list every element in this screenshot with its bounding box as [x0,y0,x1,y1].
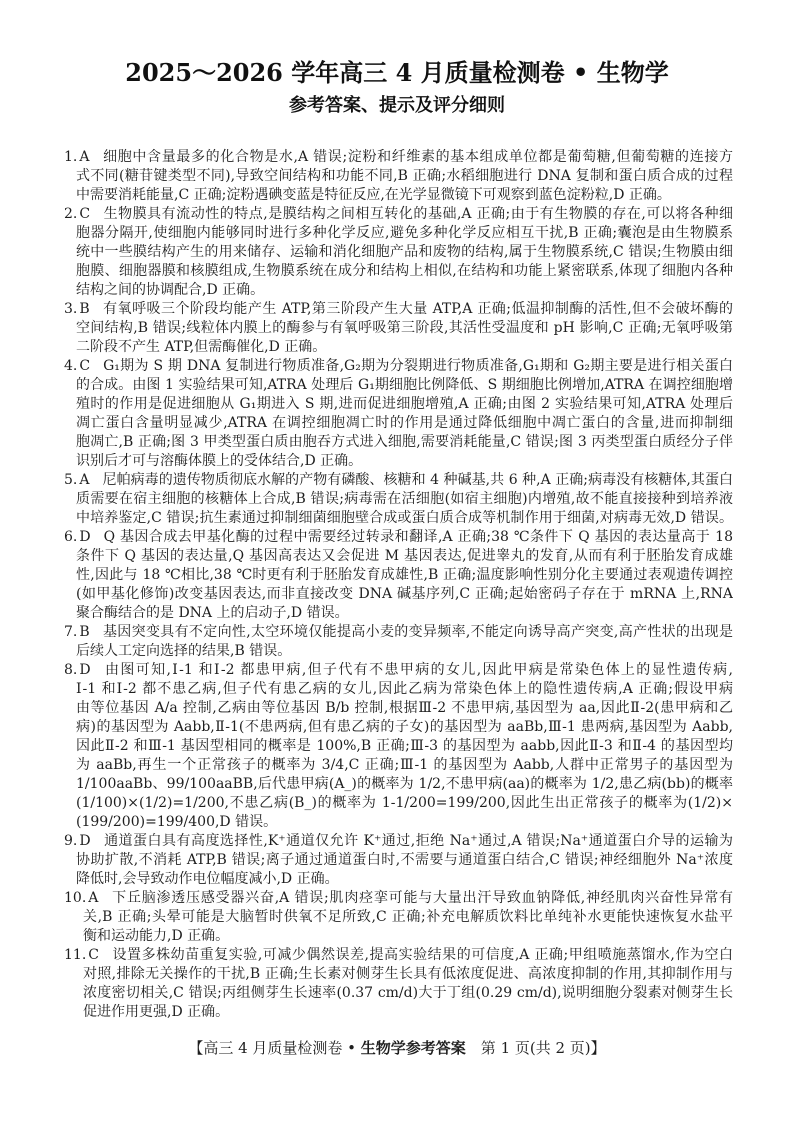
answer-line: (1/100)×(1/2)=1/200,不患乙病(B_)的概率为 1-1/200… [76,794,733,813]
question-number: 2. [64,206,77,222]
answer-choice: A [79,472,89,488]
answer-item-8: 8.D由图可知,Ⅰ-1 和Ⅰ-2 都患甲病,但子代有不患甲病的女儿,因此甲病是常… [64,661,733,832]
answer-line: 后续人工定向选择的结果,B 错误。 [76,642,733,661]
answer-line: 1.A细胞中含量最多的化合物是水,A 错误;淀粉和纤维素的基本组成单位都是葡萄糖… [64,148,733,167]
explanation-text: 尼帕病毒的遗传物质彻底水解的产物有磷酸、核糖和 4 种碱基,共 6 种,A 正确… [102,472,733,488]
answer-line: 胞凋亡,B 正确;图 3 甲类型蛋白质由胞吞方式进入细胞,需要消耗能量,C 错误… [76,433,733,452]
question-number: 8. [64,662,77,678]
answer-line: 降低时,会导致动作电位幅度减小,D 正确。 [76,870,733,889]
explanation-text: 由图可知,Ⅰ-1 和Ⅰ-2 都患甲病,但子代有不患甲病的女儿,因此甲病是常染色体… [104,662,733,678]
answer-line: 为 aaBb,再生一个正常孩子的概率为 3/4,C 正确;Ⅲ-1 的基因型为 A… [76,756,733,775]
question-number: 6. [64,529,77,545]
answer-choice: A [79,149,89,165]
answer-line: 中培养鉴定,C 错误;抗生素通过抑制细菌细胞壁合成或蛋白质合成等机制作用于细菌,… [76,509,733,528]
answer-line: 5.A尼帕病毒的遗传物质彻底水解的产物有磷酸、核糖和 4 种碱基,共 6 种,A… [64,471,733,490]
answer-line: 殖时的作用是促进细胞从 G₁期进入 S 期,进而促进细胞增殖,A 正确;由图 2… [76,395,733,414]
answer-line: 衡和运动能力,D 正确。 [83,927,733,946]
answer-item-4: 4.CG₁期为 S 期 DNA 复制进行物质准备,G₂期为分裂期进行物质准备,G… [64,357,733,471]
explanation-text: 设置多株幼苗重复实验,可减少偶然误差,提高实验结果的可信度,A 正确;甲组喷施蒸… [112,947,733,963]
answer-line: 条件下 Q 基因的表达量,Q 基因高表达又会促进 M 基因表达,促进睾丸的发育,… [76,547,733,566]
answer-line: 1/100aaBb、99/100aaBB,后代患甲病(A_)的概率为 1/2,不… [76,775,733,794]
answer-line: 4.CG₁期为 S 期 DNA 复制进行物质准备,G₂期为分裂期进行物质准备,G… [64,357,733,376]
answer-choice: C [79,358,90,374]
answer-item-11: 11.C设置多株幼苗重复实验,可减少偶然误差,提高实验结果的可信度,A 正确;甲… [64,946,733,1022]
answer-line: (199/200)=199/400,D 错误。 [76,813,733,832]
answer-line: 聚合酶结合的是 DNA 上的启动子,D 错误。 [76,604,733,623]
answer-line: 的合成。由图 1 实验结果可知,ATRA 处理后 G₁期细胞比例降低、S 期细胞… [76,376,733,395]
answer-line: 统中一些膜结构产生的用来储存、运输和消化细胞产品和废物的结构,属于生物膜系统,C… [76,243,733,262]
answer-choice: D [79,662,90,678]
answer-item-3: 3.B有氧呼吸三个阶段均能产生 ATP,第三阶段产生大量 ATP,A 正确;低温… [64,300,733,357]
explanation-text: 生物膜具有流动性的特点,是膜结构之间相互转化的基础,A 正确;由于有生物膜的存在… [103,206,733,222]
answer-line: 11.C设置多株幼苗重复实验,可减少偶然误差,提高实验结果的可信度,A 正确;甲… [64,946,733,965]
question-number: 5. [64,472,77,488]
explanation-text: 有氧呼吸三个阶段均能产生 ATP,第三阶段产生大量 ATP,A 正确;低温抑制酶… [103,301,733,317]
answer-choice: A [88,890,98,906]
answer-line: 二阶段不产生 ATP,但需酶催化,D 正确。 [76,338,733,357]
answer-line: 病)的基因型为 Aabb,Ⅱ-1(不患两病,但有患乙病的子女)的基因型为 aaB… [76,718,733,737]
answer-choice: B [79,301,89,317]
answer-line: 对照,排除无关操作的干扰,B 正确;生长素对侧芽生长具有低浓度促进、高浓度抑制的… [83,965,733,984]
answer-item-2: 2.C生物膜具有流动性的特点,是膜结构之间相互转化的基础,A 正确;由于有生物膜… [64,205,733,300]
explanation-text: 通道蛋白具有高度选择性,K⁺通道仅允许 K⁺通过,拒绝 Na⁺通过,A 错误;N… [104,833,733,849]
answer-item-7: 7.B基因突变具有不定向性,太空环境仅能提高小麦的变异频率,不能定向诱导高产突变… [64,623,733,661]
answer-item-5: 5.A尼帕病毒的遗传物质彻底水解的产物有磷酸、核糖和 4 种碱基,共 6 种,A… [64,471,733,528]
answer-line: 中需要消耗能量,C 正确;淀粉遇碘变蓝是特征反应,在光学显微镜下可观察到蓝色淀粉… [76,186,733,205]
question-number: 9. [64,833,77,849]
explanation-text: 细胞中含量最多的化合物是水,A 错误;淀粉和纤维素的基本组成单位都是葡萄糖,但葡… [102,149,733,165]
explanation-text: 基因突变具有不定向性,太空环境仅能提高小麦的变异频率,不能定向诱导高产突变,高产… [103,624,733,640]
explanation-text: 下丘脑渗透压感受器兴奋,A 错误;肌肉痉挛可能与大量出汗导致血钠降低,神经肌肉兴… [111,890,733,906]
answer-line: 浓度密切相关,C 错误;丙组侧芽生长速率(0.37 cm/d)大于丁组(0.29… [83,984,733,1003]
question-number: 11. [64,947,86,963]
answer-key-page: 2025～2026 学年高三 4 月质量检测卷 • 生物学 参考答案、提示及评分… [0,0,794,1123]
explanation-text: Q 基因合成去甲基化酶的过程中需要经过转录和翻译,A 正确;38 ℃条件下 Q … [64,529,733,547]
answer-line: 10.A下丘脑渗透压感受器兴奋,A 错误;肌肉痉挛可能与大量出汗导致血钠降低,神… [64,889,733,908]
answer-line: 胞器分隔开,使细胞内能够同时进行多种化学反应,避免多种化学反应相互干扰,B 正确… [76,224,733,243]
answer-choice: C [88,947,99,963]
answer-line: (如甲基化修饰)改变基因表达,而非直接改变 DNA 碱基序列,C 正确;起始密码… [76,585,733,604]
answer-line: 因此Ⅱ-2 和Ⅲ-1 基因型相同的概率是 100%,B 正确;Ⅲ-3 的基因型为… [76,737,733,756]
answer-line: 7.B基因突变具有不定向性,太空环境仅能提高小麦的变异频率,不能定向诱导高产突变… [64,623,733,642]
answer-line: 凋亡蛋白含量明显减少,ATRA 在调控细胞凋亡时的作用是通过降低细胞中凋亡蛋白的… [76,414,733,433]
answer-line: 关,B 正确;头晕可能是大脑暂时供氧不足所致,C 正确;补充电解质饮料比单纯补水… [83,908,733,927]
explanation-text: G₁期为 S 期 DNA 复制进行物质准备,G₂期为分裂期进行物质准备,G₁期和… [64,358,733,376]
answer-line: 识别后才可与溶酶体膜上的受体结合,D 正确。 [76,452,733,471]
answer-line: 协助扩散,不消耗 ATP,B 错误;离子通过通道蛋白时,不需要与通道蛋白结合,C… [76,851,733,870]
answer-line: 胞膜、细胞器膜和核膜组成,生物膜系统在成分和结构上相似,在结构和功能上紧密联系,… [76,262,733,281]
page-subtitle: 参考答案、提示及评分细则 [0,94,794,118]
question-number: 1. [64,149,77,165]
footer-prefix: 【高三 4 月质量检测卷 • [188,1039,360,1057]
answer-line: 9.D通道蛋白具有高度选择性,K⁺通道仅允许 K⁺通过,拒绝 Na⁺通过,A 错… [64,832,733,851]
answer-line: 促进作用更强,D 正确。 [83,1003,733,1022]
answer-line: 3.B有氧呼吸三个阶段均能产生 ATP,第三阶段产生大量 ATP,A 正确;低温… [64,300,733,319]
answer-choice: D [79,529,90,545]
answer-line: 质需要在宿主细胞的核糖体上合成,B 错误;病毒需在活细胞(如宿主细胞)内增殖,故… [76,490,733,509]
answer-line: 由等位基因 A/a 控制,乙病由等位基因 B/b 控制,根据Ⅲ-2 不患甲病,基… [76,699,733,718]
answer-line: 式不同(糖苷键类型不同),导致空间结构和功能不同,B 正确;水稻细胞进行 DNA… [76,167,733,186]
answer-line: 结构之间的协调配合,D 正确。 [76,281,733,300]
answer-choice: D [79,833,90,849]
answer-line: 8.D由图可知,Ⅰ-1 和Ⅰ-2 都患甲病,但子代有不患甲病的女儿,因此甲病是常… [64,661,733,680]
answer-line: 2.C生物膜具有流动性的特点,是膜结构之间相互转化的基础,A 正确;由于有生物膜… [64,205,733,224]
answer-line: Ⅰ-1 和Ⅰ-2 都不患乙病,但子代有患乙病的女儿,因此乙病为常染色体上的隐性遗… [76,680,733,699]
footer-page-info: 第 1 页(共 2 页)】 [466,1039,606,1057]
footer-doc-name: 生物学参考答案 [361,1039,466,1057]
question-number: 3. [64,301,77,317]
answer-choice: B [79,624,89,640]
question-number: 10. [64,890,86,906]
question-number: 7. [64,624,77,640]
answer-list: 1.A细胞中含量最多的化合物是水,A 错误;淀粉和纤维素的基本组成单位都是葡萄糖… [64,148,733,1022]
answer-line: 6.DQ 基因合成去甲基化酶的过程中需要经过转录和翻译,A 正确;38 ℃条件下… [64,528,733,547]
answer-line: 性,因此与 18 ℃相比,38 ℃时更有利于胚胎发育成雄性,B 正确;温度影响性… [76,566,733,585]
answer-item-9: 9.D通道蛋白具有高度选择性,K⁺通道仅允许 K⁺通过,拒绝 Na⁺通过,A 错… [64,832,733,889]
answer-item-10: 10.A下丘脑渗透压感受器兴奋,A 错误;肌肉痉挛可能与大量出汗导致血钠降低,神… [64,889,733,946]
question-number: 4. [64,358,77,374]
page-title: 2025～2026 学年高三 4 月质量检测卷 • 生物学 [0,58,794,88]
answer-item-1: 1.A细胞中含量最多的化合物是水,A 错误;淀粉和纤维素的基本组成单位都是葡萄糖… [64,148,733,205]
page-footer: 【高三 4 月质量检测卷 • 生物学参考答案 第 1 页(共 2 页)】 [0,1038,794,1058]
answer-choice: C [79,206,90,222]
answer-item-6: 6.DQ 基因合成去甲基化酶的过程中需要经过转录和翻译,A 正确;38 ℃条件下… [64,528,733,623]
answer-line: 空间结构,B 错误;线粒体内膜上的酶参与有氧呼吸第三阶段,其活性受温度和 pH … [76,319,733,338]
